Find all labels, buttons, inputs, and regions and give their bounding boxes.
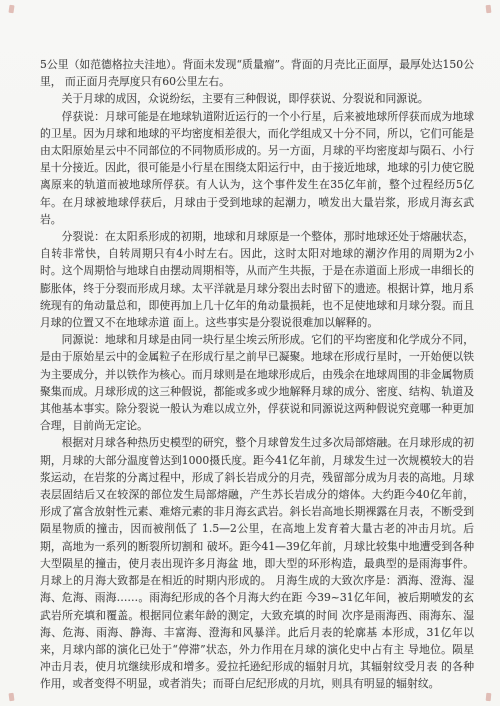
corner-artifact-icon <box>486 5 492 13</box>
paragraph-capture-hypothesis: 俘获说：月球可能是在地球轨道附近运行的一个小行星，后来被地球所俘获而成为地球的卫… <box>40 108 474 228</box>
document-page: 5公里（如范德格拉夫洼地）。背面未发现“质量瘤”。背面的月壳比正面厚，最厚处达1… <box>0 0 500 706</box>
paragraph-coaccretion-hypothesis: 同源说：地球和月球是由同一块行星尘埃云所形成。它们的平均密度和化学成分不同，是由… <box>40 331 474 434</box>
corner-artifact-icon <box>486 693 492 701</box>
paragraph-origin-overview: 关于月球的成因，众说纷纭，主要有三种假说，即俘获说、分裂说和同源说。 <box>40 90 474 107</box>
paragraph-fission-hypothesis: 分裂说：在太阳系形成的初期，地球和月球原是一个整体，那时地球还处于熔融状态，自转… <box>40 228 474 331</box>
corner-artifact-icon <box>9 693 15 702</box>
corner-artifact-icon <box>8 5 14 14</box>
paragraph-thermal-history: 根据对月球各种热历史模型的研究，整个月球曾发生过多次局部熔融。在月球形成的初期，… <box>40 434 474 692</box>
text-block: 5公里（如范德格拉夫洼地）。背面未发现“质量瘤”。背面的月壳比正面厚，最厚处达1… <box>40 56 474 693</box>
paragraph-lunar-crust-continuation: 5公里（如范德格拉夫洼地）。背面未发现“质量瘤”。背面的月壳比正面厚，最厚处达1… <box>40 56 474 90</box>
